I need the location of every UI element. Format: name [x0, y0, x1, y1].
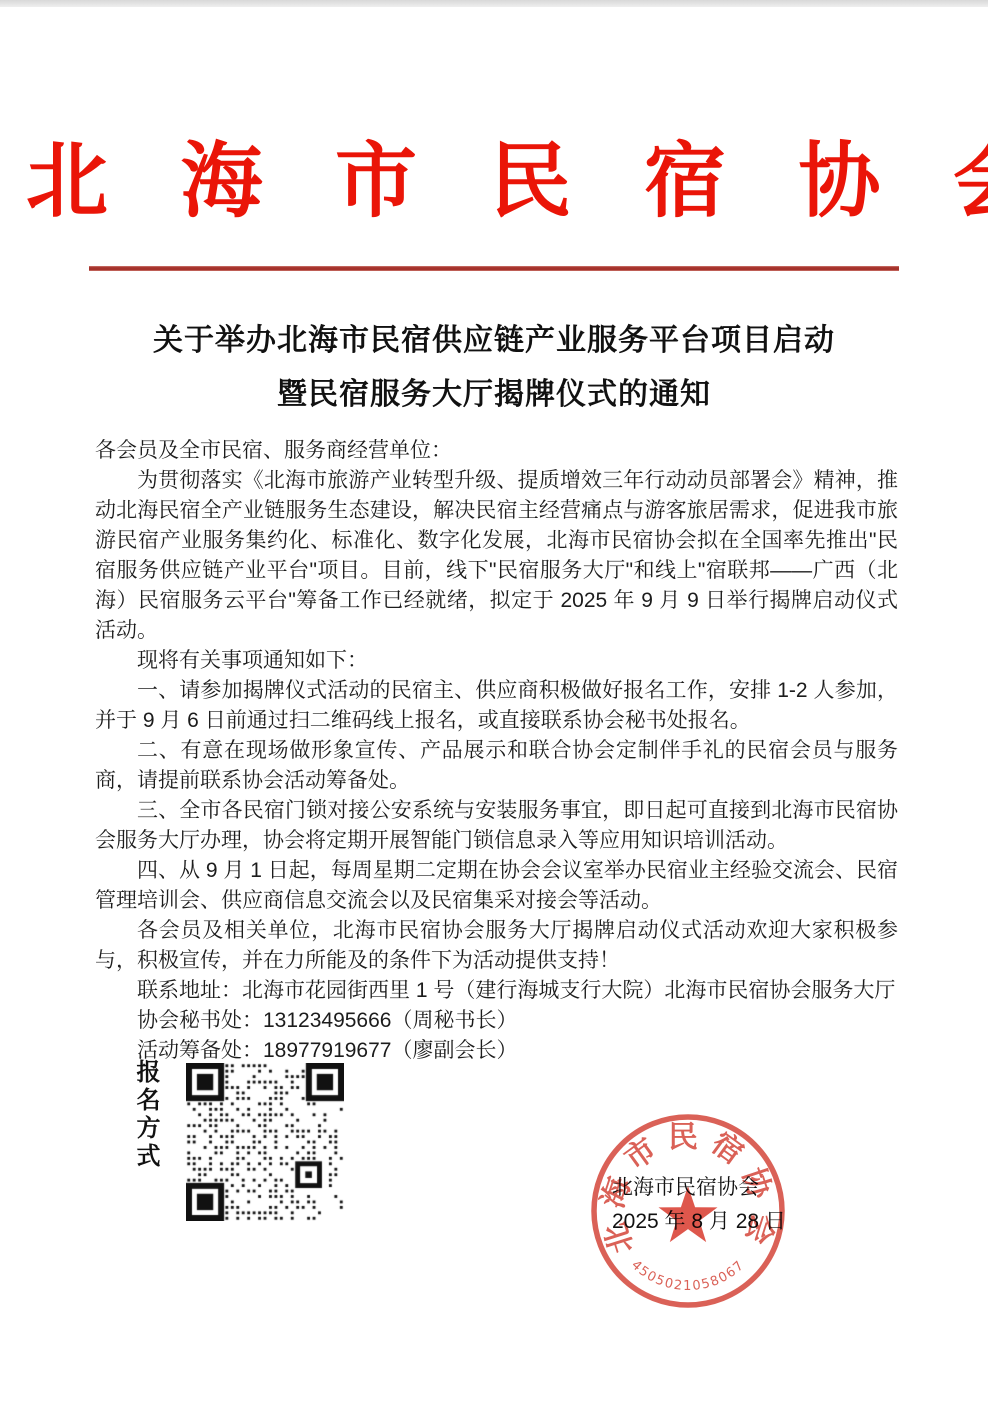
document-body: 各会员及全市民宿、服务商经营单位： 为贯彻落实《北海市旅游产业转型升级、提质增效…: [95, 436, 898, 1066]
paragraph-list: 为贯彻落实《北海市旅游产业转型升级、提质增效三年行动动员部署会》精神，推动北海民…: [95, 466, 898, 1066]
body-paragraph: 为贯彻落实《北海市旅游产业转型升级、提质增效三年行动动员部署会》精神，推动北海民…: [95, 466, 898, 646]
body-paragraph: 联系地址：北海市花园街西里 1 号（建行海城支行大院）北海市民宿协会服务大厅: [95, 976, 898, 1006]
document-title-line1: 关于举办北海市民宿供应链产业服务平台项目启动: [0, 314, 988, 368]
body-paragraph: 现将有关事项通知如下：: [95, 646, 898, 676]
seal-star: [659, 1186, 718, 1242]
document-page: 北 海 市 民 宿 协 会 关于举办北海市民宿供应链产业服务平台项目启动 暨民宿…: [0, 0, 988, 1409]
body-paragraph: 各会员及相关单位，北海市民宿协会服务大厅揭牌启动仪式活动欢迎大家积极参与，积极宣…: [95, 916, 898, 976]
letterhead-org-title: 北 海 市 民 宿 协 会: [0, 116, 988, 233]
body-paragraph: 二、有意在现场做形象宣传、产品展示和联合协会定制伴手礼的民宿会员与服务商，请提前…: [95, 736, 898, 796]
salutation-line: 各会员及全市民宿、服务商经营单位：: [95, 436, 898, 466]
official-seal: 北海市民宿协会 4505021058067: [586, 1109, 790, 1313]
body-paragraph: 活动筹备处：18977919677（廖副会长）: [95, 1036, 898, 1066]
viewer-top-edge: [0, 0, 988, 7]
seal-serial-number: 4505021058067: [628, 1258, 748, 1294]
body-paragraph: 一、请参加揭牌仪式活动的民宿主、供应商积极做好报名工作，安排 1-2 人参加，并…: [95, 676, 898, 736]
body-paragraph: 协会秘书处：13123495666（周秘书长）: [95, 1006, 898, 1036]
body-paragraph: 四、从 9 月 1 日起，每周星期二定期在协会会议室举办民宿业主经验交流会、民宿…: [95, 856, 898, 916]
registration-qr-code: [186, 1063, 344, 1221]
document-title: 关于举办北海市民宿供应链产业服务平台项目启动 暨民宿服务大厅揭牌仪式的通知: [0, 314, 988, 422]
letterhead-divider-line: [89, 266, 899, 271]
document-title-line2: 暨民宿服务大厅揭牌仪式的通知: [0, 368, 988, 422]
qr-label: 报名方式: [128, 1059, 163, 1171]
body-paragraph: 三、全市各民宿门锁对接公安系统与安装服务事宜，即日起可直接到北海市民宿协会服务大…: [95, 796, 898, 856]
